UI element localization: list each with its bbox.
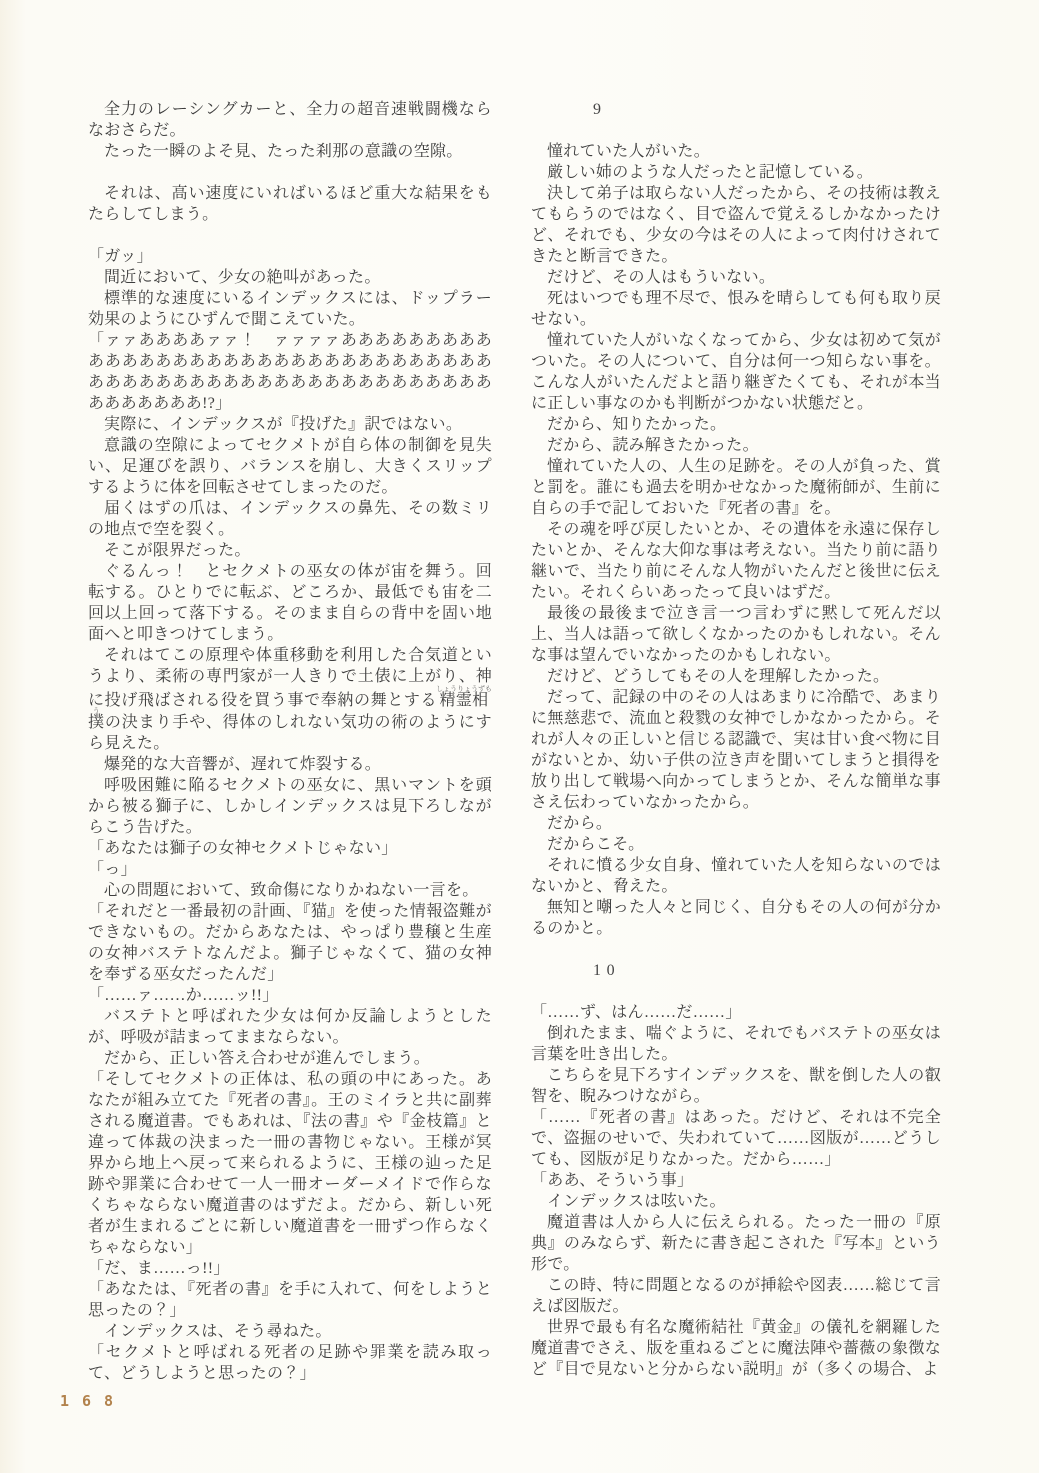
paragraph: 「セクメトと呼ばれる死者の足跡や罪業を読み取って、どうしようと思ったの？」 [88, 1342, 492, 1384]
ruby-annotation: 精霊相撲しょうりょうずもう [88, 692, 492, 731]
paragraph: 「ああ、そういう事」 [531, 1170, 941, 1191]
paragraph: 世界で最も有名な魔術結社『黄金』の儀礼を網羅した魔道書でさえ、版を重ねるごとに魔… [531, 1317, 941, 1380]
paragraph: こちらを見下ろすインデックスを、獣を倒した人の叡智を、睨みつけながら。 [531, 1065, 941, 1107]
paragraph: 標準的な速度にいるインデックスには、ドップラー効果のようにひずんで聞こえていた。 [88, 288, 492, 330]
paragraph: 「だ、ま……っ!!」 [88, 1258, 492, 1279]
blank-line [531, 939, 941, 960]
paragraph: だから、知りたかった。 [531, 414, 941, 435]
book-page: 全力のレーシングカーと、全力の超音速戦闘機ならなおさらだ。たった一瞬のよそ見、た… [0, 0, 1039, 1473]
paragraph: 「ァァああああァァ！ ァァァァあああああああああああああああああああああああああ… [88, 330, 492, 414]
blank-line [531, 981, 941, 1002]
paragraph: 「あなたは、『死者の書』を手に入れて、何をしようと思ったの？」 [88, 1279, 492, 1321]
paragraph: 全力のレーシングカーと、全力の超音速戦闘機ならなおさらだ。 [88, 99, 492, 141]
paragraph: だから。 [531, 813, 941, 834]
section-header: 10 [531, 960, 941, 981]
paragraph: 憧れていた人がいた。 [531, 141, 941, 162]
paragraph: 「……『死者の書』はあった。だけど、それは不完全で、盗掘のせいで、失われていて…… [531, 1107, 941, 1170]
paragraph: 意識の空隙によってセクメトが自ら体の制御を見失い、足運びを誤り、バランスを崩し、… [88, 435, 492, 498]
paragraph: 「それだと一番最初の計画、『猫』を使った情報盗難ができないもの。だからあなたは、… [88, 901, 492, 985]
right-text-column: 9憧れていた人がいた。厳しい姉のような人だったと記憶している。決して弟子は取らな… [531, 99, 941, 1380]
paragraph: だけど、どうしてもその人を理解したかった。 [531, 666, 941, 687]
paragraph: 無知と嘲った人々と同じく、自分もその人の何が分かるのかと。 [531, 897, 941, 939]
paragraph: 死はいつでも理不尽で、恨みを晴らしても何も取り戻せない。 [531, 288, 941, 330]
paragraph: 倒れたまま、喘ぐように、それでもバステトの巫女は言葉を吐き出した。 [531, 1023, 941, 1065]
paragraph: 魔道書は人から人に伝えられる。たった一冊の『原典』のみならず、新たに書き起こされ… [531, 1212, 941, 1275]
paragraph: 憧れていた人の、人生の足跡を。その人が負った、賞と罰を。誰にも過去を明かせなかっ… [531, 456, 941, 519]
paragraph: 決して弟子は取らない人だったから、その技術は教えてもらうのではなく、目で盗んで覚… [531, 183, 941, 267]
paragraph: 間近において、少女の絶叫があった。 [88, 267, 492, 288]
paragraph: だけど、その人はもういない。 [531, 267, 941, 288]
paragraph: それはてこの原理や体重移動を利用した合気道というより、柔術の専門家が一人きりで土… [88, 645, 492, 754]
page-number: 168 [60, 1392, 126, 1410]
paragraph: その魂を呼び戻したいとか、その遺体を永遠に保存したいとか、そんな大仰な事は考えな… [531, 519, 941, 603]
paragraph: だから、正しい答え合わせが進んでしまう。 [88, 1048, 492, 1069]
paragraph: 「っ」 [88, 859, 492, 880]
paragraph: それは、高い速度にいればいるほど重大な結果をもたらしてしまう。 [88, 183, 492, 225]
paragraph: 「そしてセクメトの正体は、私の頭の中にあった。あなたが組み立てた『死者の書』。王… [88, 1069, 492, 1258]
section-header: 9 [531, 99, 941, 120]
paragraph: ぐるんっ！ とセクメトの巫女の体が宙を舞う。回転する。ひとりでに転ぶ、どころか、… [88, 561, 492, 645]
paragraph: 「……ァ……か……ッ!!」 [88, 985, 492, 1006]
paragraph: それに憤る少女自身、憧れていた人を知らないのではないかと、脅えた。 [531, 855, 941, 897]
paragraph: 「ガッ」 [88, 246, 492, 267]
paragraph: インデックスは、そう尋ねた。 [88, 1321, 492, 1342]
paragraph: 最後の最後まで泣き言一つ言わずに黙して死んだ以上、当人は語って欲しくなかったのか… [531, 603, 941, 666]
paragraph: 厳しい姉のような人だったと記憶している。 [531, 162, 941, 183]
paragraph: この時、特に問題となるのが挿絵や図表……総じて言えば図版だ。 [531, 1275, 941, 1317]
paragraph: 呼吸困難に陥るセクメトの巫女に、黒いマントを頭から被る獅子に、しかしインデックス… [88, 775, 492, 838]
blank-line [88, 225, 492, 246]
paragraph: 爆発的な大音響が、遅れて炸裂する。 [88, 754, 492, 775]
left-text-column: 全力のレーシングカーと、全力の超音速戦闘機ならなおさらだ。たった一瞬のよそ見、た… [88, 99, 492, 1384]
blank-line [88, 162, 492, 183]
paragraph: 憧れていた人がいなくなってから、少女は初めて気がついた。その人について、自分は何… [531, 330, 941, 414]
blank-line [531, 120, 941, 141]
paragraph: たった一瞬のよそ見、たった刹那の意識の空隙。 [88, 141, 492, 162]
paragraph: 「あなたは獅子の女神セクメトじゃない」 [88, 838, 492, 859]
paragraph: バステトと呼ばれた少女は何か反論しようとしたが、呼吸が詰まってままならない。 [88, 1006, 492, 1048]
paragraph: だって、記録の中のその人はあまりに冷酷で、あまりに無慈悲で、流血と殺戮の女神でし… [531, 687, 941, 813]
paragraph: 届くはずの爪は、インデックスの鼻先、その数ミリの地点で空を裂く。 [88, 498, 492, 540]
paragraph: インデックスは呟いた。 [531, 1191, 941, 1212]
paragraph: だからこそ。 [531, 834, 941, 855]
paragraph: 「……ず、はん……だ……」 [531, 1002, 941, 1023]
paragraph: 実際に、インデックスが『投げた』訳ではない。 [88, 414, 492, 435]
paragraph: そこが限界だった。 [88, 540, 492, 561]
paragraph: だから、読み解きたかった。 [531, 435, 941, 456]
paragraph: 心の問題において、致命傷になりかねない一言を。 [88, 880, 492, 901]
